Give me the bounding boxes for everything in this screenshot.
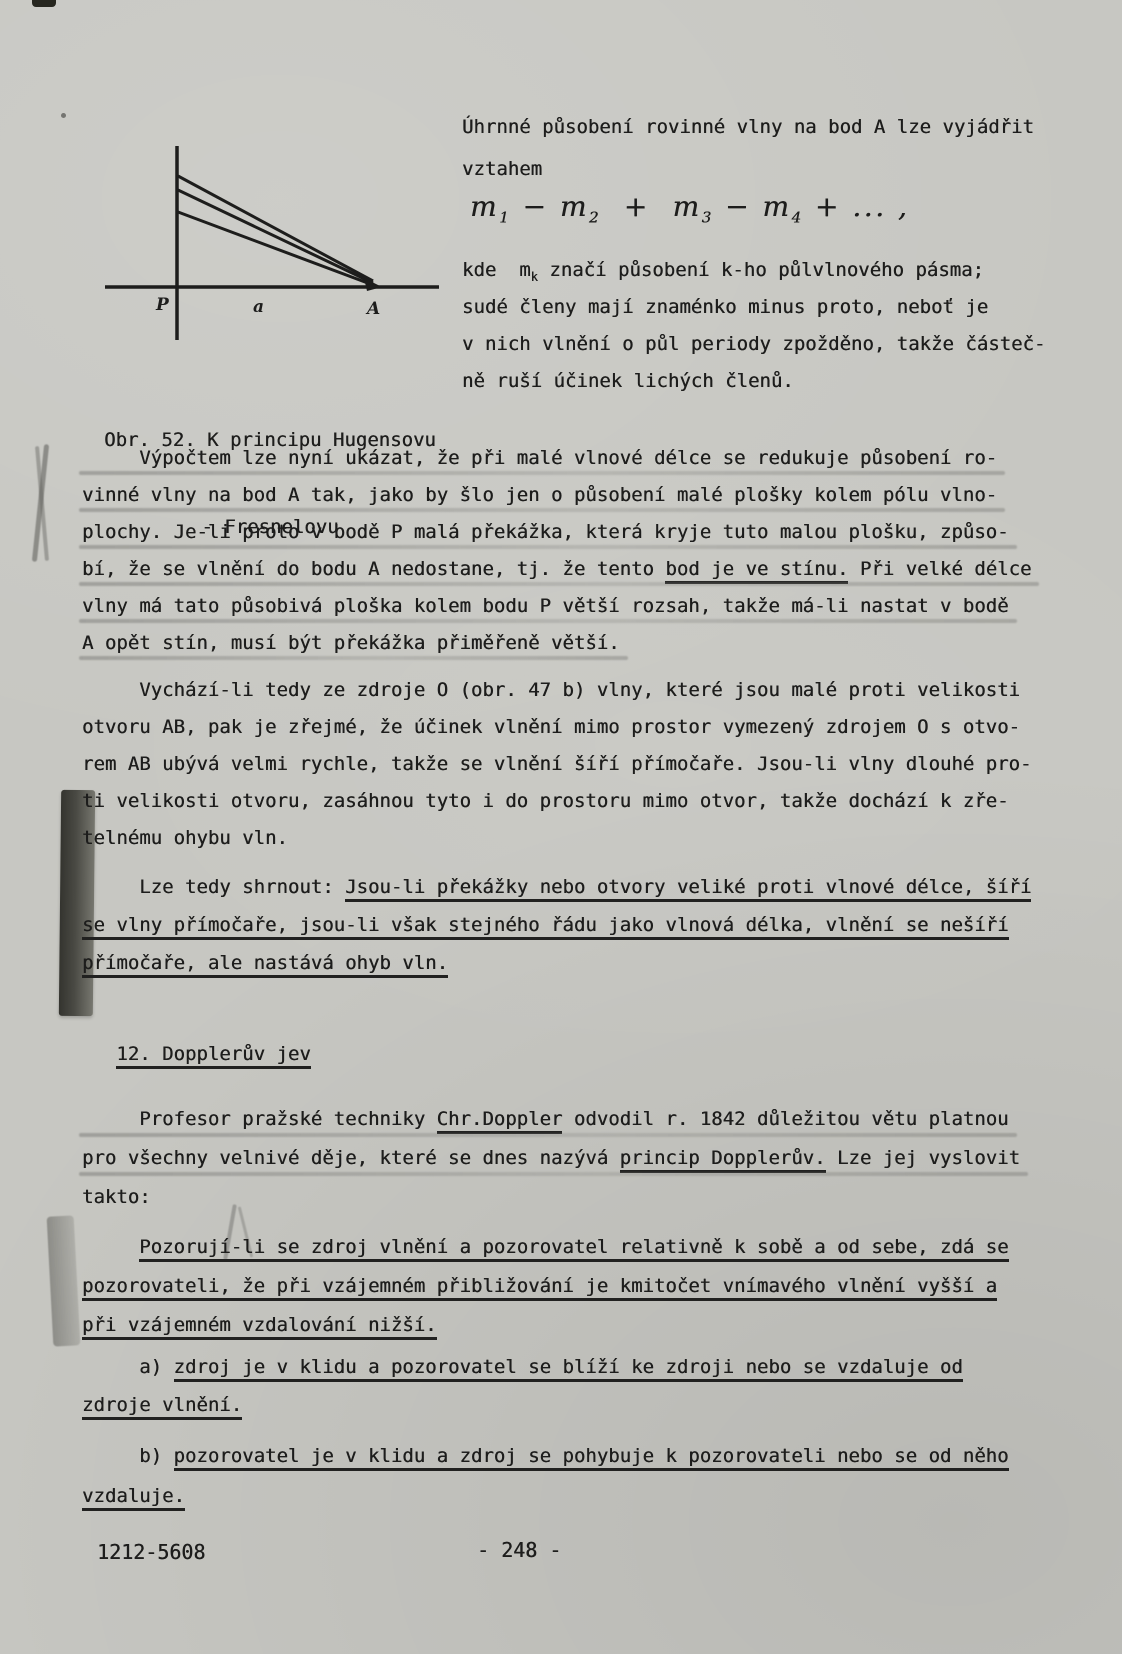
ray-line: [178, 212, 373, 285]
point-label-a: a: [253, 297, 264, 317]
list-item-a: a) zdroj je v klidu a pozorovatel se blí…: [82, 1348, 1062, 1424]
text-line: vlny má tato působivá ploška kolem bodu …: [82, 588, 1062, 625]
intro-text: Úhrnné působení rovinné vlny na bod A lz…: [462, 106, 1034, 190]
scanned-document-page: P a A Obr. 52. K principu Hugensovu - Fr…: [0, 0, 1122, 1654]
text-line: a) zdroj je v klidu a pozorovatel se blí…: [82, 1348, 1062, 1386]
point-label-A: A: [365, 299, 380, 319]
text-line: se vlny přímočaře, jsou-li však stejného…: [82, 906, 1062, 944]
point-label-P: P: [155, 295, 170, 315]
dust-speck: [61, 113, 66, 118]
paragraph-summary: Lze tedy shrnout: Jsou-li překážky nebo …: [82, 868, 1062, 982]
text-line: vztahem: [462, 148, 1034, 190]
text-line: Pozorují-li se zdroj vlnění a pozorovate…: [82, 1228, 1062, 1267]
text-line: plochy. Je-li proto v bodě P malá překáž…: [82, 514, 1062, 551]
text-line: zdroje vlnění.: [82, 1386, 1062, 1424]
pencil-margin-mark: [35, 446, 49, 561]
text-line: pozorovateli, že při vzájemném přibližov…: [82, 1267, 1062, 1306]
text-line: ti velikosti otvoru, zasáhnou tyto i do …: [82, 783, 1062, 820]
text-line: Lze tedy shrnout: Jsou-li překážky nebo …: [82, 868, 1062, 906]
text-line: Výpočtem lze nyní ukázat, že při malé vl…: [82, 440, 1062, 477]
list-item-b: b) pozorovatel je v klidu a zdroj se poh…: [82, 1436, 1062, 1516]
text-line: vinné vlny na bod A tak, jako by šlo jen…: [82, 477, 1062, 514]
paragraph-diffraction-1: Výpočtem lze nyní ukázat, že při malé vl…: [82, 440, 1062, 662]
pencil-margin-mark: [32, 444, 49, 562]
text-line: Profesor pražské techniky Chr.Doppler od…: [82, 1100, 1062, 1139]
section-heading: 12. Dopplerův jev: [82, 1036, 1062, 1073]
document-number: 1212-5608: [97, 1540, 205, 1564]
paragraph-diffraction-2: Vychází-li tedy ze zdroje O (obr. 47 b) …: [82, 672, 1062, 857]
ray-line: [178, 176, 373, 281]
ray-line: [178, 190, 373, 283]
text-line: 12. Dopplerův jev: [82, 1036, 1062, 1073]
text-line: otvoru AB, pak je zřejmé, že účinek vlně…: [82, 709, 1062, 746]
text-line: při vzájemném vzdalování nižší.: [82, 1306, 1062, 1345]
text-line: rem AB ubývá velmi rychle, takže se vlně…: [82, 746, 1062, 783]
formula: m1 − m2 + m3 − m4 + ... ,: [470, 188, 909, 225]
figure-diagram: P a A: [93, 130, 453, 352]
text-line: přímočaře, ale nastává ohyb vln.: [82, 944, 1062, 982]
text-line: takto:: [82, 1178, 1062, 1217]
paragraph-doppler-principle: Pozorují-li se zdroj vlnění a pozorovate…: [82, 1228, 1062, 1345]
text-line: telnému ohybu vln.: [82, 820, 1062, 857]
text-line: ně ruší účinek lichých členů.: [462, 363, 1045, 400]
page-number: - 248 -: [477, 1538, 561, 1562]
text-line: Vychází-li tedy ze zdroje O (obr. 47 b) …: [82, 672, 1062, 709]
text-line: Úhrnné působení rovinné vlny na bod A lz…: [462, 106, 1034, 148]
paragraph-doppler-intro: Profesor pražské techniky Chr.Doppler od…: [82, 1100, 1062, 1217]
ink-smudge-mark: [32, 0, 56, 7]
text-line: v nich vlnění o půl periody zpožděno, ta…: [462, 326, 1045, 363]
text-line: b) pozorovatel je v klidu a zdroj se poh…: [82, 1436, 1062, 1476]
text-line: A opět stín, musí být překážka přiměřeně…: [82, 625, 1062, 662]
text-line: pro všechny velnivé děje, které se dnes …: [82, 1139, 1062, 1178]
text-line: vzdaluje.: [82, 1476, 1062, 1516]
text-line: kde mk značí působení k-ho půlvlnového p…: [462, 252, 1045, 289]
where-text: kde mk značí působení k-ho půlvlnového p…: [462, 252, 1045, 400]
pencil-margin-bar: [47, 1215, 81, 1346]
text-line: sudé členy mají znaménko minus proto, ne…: [462, 289, 1045, 326]
text-line: bí, že se vlnění do bodu A nedostane, tj…: [82, 551, 1062, 588]
text-line: m1 − m2 + m3 − m4 + ... ,: [470, 188, 909, 225]
